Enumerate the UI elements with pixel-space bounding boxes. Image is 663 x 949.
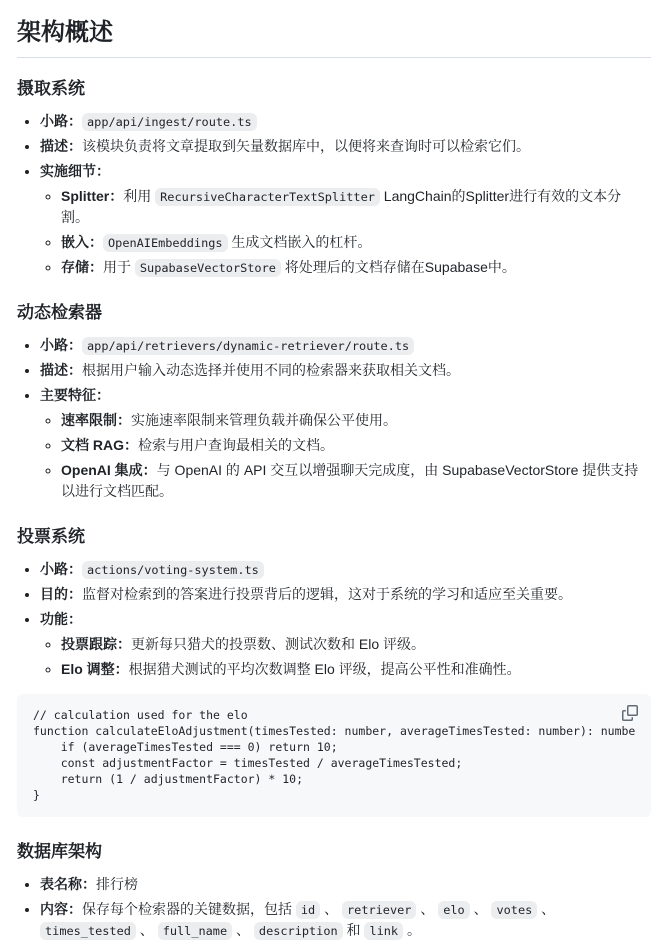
page-title: 架构概述 xyxy=(17,18,651,58)
bullet-label: Elo 调整： xyxy=(61,661,129,677)
database-bullet-list: 表名称：排行榜内容：保存每个检索器的关键数据，包括 id 、 retriever… xyxy=(17,874,651,941)
inline-code: times_tested xyxy=(40,922,136,940)
section-heading-voting: 投票系统 xyxy=(17,522,651,547)
bullet-text: 、 xyxy=(136,922,158,938)
sub-list-item: 文档 RAG：检索与用户查询最相关的文档。 xyxy=(61,435,645,456)
inline-code: actions/voting-system.ts xyxy=(82,561,264,579)
bullet-label: 内容： xyxy=(40,901,82,917)
list-item: 小路：app/api/retrievers/dynamic-retriever/… xyxy=(40,335,651,356)
inline-code: id xyxy=(296,901,320,919)
list-item: 功能：投票跟踪：更新每只猎犬的投票数、测试次数和 Elo 评级。Elo 调整：根… xyxy=(40,609,651,680)
inline-code: app/api/ingest/route.ts xyxy=(82,113,257,131)
bullet-label: 主要特征： xyxy=(40,387,110,403)
bullet-label: 功能： xyxy=(40,611,82,627)
list-item: 小路：actions/voting-system.ts xyxy=(40,559,651,580)
sub-list-item: 速率限制：实施速率限制来管理负载并确保公平使用。 xyxy=(61,410,645,431)
bullet-label: 描述： xyxy=(40,362,82,378)
inline-code: retriever xyxy=(342,901,416,919)
list-item: 主要特征：速率限制：实施速率限制来管理负载并确保公平使用。文档 RAG：检索与用… xyxy=(40,385,651,502)
inline-code: full_name xyxy=(158,922,232,940)
copy-code-button[interactable] xyxy=(619,702,641,724)
bullet-text: 更新每只猎犬的投票数、测试次数和 Elo 评级。 xyxy=(131,636,425,652)
bullet-text: 用于 xyxy=(103,259,135,275)
bullet-text: 排行榜 xyxy=(96,876,138,892)
copy-icon xyxy=(622,705,638,721)
bullet-text: 、 xyxy=(320,901,342,917)
bullet-label: 文档 RAG： xyxy=(61,437,138,453)
inline-code: RecursiveCharacterTextSplitter xyxy=(155,188,380,206)
list-item: 小路：app/api/ingest/route.ts xyxy=(40,111,651,132)
voting-bullet-list: 小路：actions/voting-system.ts目的：监督对检索到的答案进… xyxy=(17,559,651,680)
bullet-text: 、 xyxy=(416,901,438,917)
bullet-label: 实施细节： xyxy=(40,163,110,179)
bullet-text: 实施速率限制来管理负载并确保公平使用。 xyxy=(131,412,397,428)
retriever-bullet-list: 小路：app/api/retrievers/dynamic-retriever/… xyxy=(17,335,651,502)
bullet-label: 小路： xyxy=(40,113,82,129)
bullet-label: 存储： xyxy=(61,259,103,275)
inline-code: app/api/retrievers/dynamic-retriever/rou… xyxy=(82,337,414,355)
sub-list-item: OpenAI 集成：与 OpenAI 的 API 交互以增强聊天完成度，由 Su… xyxy=(61,460,645,502)
code-content: // calculation used for the elo function… xyxy=(33,707,635,804)
bullet-text: 、 xyxy=(470,901,492,917)
bullet-text: 利用 xyxy=(123,188,155,204)
section-voting-system: 投票系统 小路：actions/voting-system.ts目的：监督对检索… xyxy=(17,522,651,817)
sub-list: 速率限制：实施速率限制来管理负载并确保公平使用。文档 RAG：检索与用户查询最相… xyxy=(40,410,645,502)
bullet-text: 根据用户输入动态选择并使用不同的检索器来获取相关文档。 xyxy=(82,362,460,378)
section-heading-database: 数据库架构 xyxy=(17,837,651,862)
bullet-text: 该模块负责将文章提取到矢量数据库中，以便将来查询时可以检索它们。 xyxy=(82,138,530,154)
section-database-schema: 数据库架构 表名称：排行榜内容：保存每个检索器的关键数据，包括 id 、 ret… xyxy=(17,837,651,941)
bullet-text: 监督对检索到的答案进行投票背后的逻辑，这对于系统的学习和适应至关重要。 xyxy=(82,586,572,602)
ingest-bullet-list: 小路：app/api/ingest/route.ts描述：该模块负责将文章提取到… xyxy=(17,111,651,278)
bullet-text: 、 xyxy=(232,922,254,938)
sub-list-item: 投票跟踪：更新每只猎犬的投票数、测试次数和 Elo 评级。 xyxy=(61,634,645,655)
list-item: 描述：该模块负责将文章提取到矢量数据库中，以便将来查询时可以检索它们。 xyxy=(40,136,651,157)
bullet-text: 、 xyxy=(537,901,555,917)
inline-code: link xyxy=(364,922,403,940)
inline-code: OpenAIEmbeddings xyxy=(103,234,228,252)
inline-code: votes xyxy=(491,901,537,919)
list-item: 实施细节：Splitter：利用 RecursiveCharacterTextS… xyxy=(40,161,651,278)
bullet-label: 小路： xyxy=(40,561,82,577)
bullet-text: 和 xyxy=(343,922,365,938)
bullet-text: 。 xyxy=(403,922,421,938)
bullet-label: 小路： xyxy=(40,337,82,353)
bullet-label: Splitter： xyxy=(61,188,123,204)
sub-list-item: Elo 调整：根据猎犬测试的平均次数调整 Elo 评级，提高公平性和准确性。 xyxy=(61,659,645,680)
bullet-text: 将处理后的文档存储在Supabase中。 xyxy=(281,259,516,275)
bullet-text: 生成文档嵌入的杠杆。 xyxy=(228,234,372,250)
sub-list-item: 存储：用于 SupabaseVectorStore 将处理后的文档存储在Supa… xyxy=(61,257,645,278)
bullet-label: 速率限制： xyxy=(61,412,131,428)
bullet-label: 嵌入： xyxy=(61,234,103,250)
list-item: 描述：根据用户输入动态选择并使用不同的检索器来获取相关文档。 xyxy=(40,360,651,381)
bullet-label: 描述： xyxy=(40,138,82,154)
elo-code-block: // calculation used for the elo function… xyxy=(17,694,651,817)
bullet-label: OpenAI 集成： xyxy=(61,462,157,478)
bullet-text: 保存每个检索器的关键数据，包括 xyxy=(82,901,296,917)
sub-list: Splitter：利用 RecursiveCharacterTextSplitt… xyxy=(40,186,645,278)
list-item: 表名称：排行榜 xyxy=(40,874,651,895)
document-page: 架构概述 摄取系统 小路：app/api/ingest/route.ts描述：该… xyxy=(0,0,663,949)
bullet-label: 表名称： xyxy=(40,876,96,892)
inline-code: elo xyxy=(438,901,469,919)
bullet-text: 检索与用户查询最相关的文档。 xyxy=(138,437,334,453)
bullet-label: 目的： xyxy=(40,586,82,602)
section-heading-ingest: 摄取系统 xyxy=(17,74,651,99)
bullet-text: 根据猎犬测试的平均次数调整 Elo 评级，提高公平性和准确性。 xyxy=(129,661,521,677)
bullet-label: 投票跟踪： xyxy=(61,636,131,652)
list-item: 内容：保存每个检索器的关键数据，包括 id 、 retriever 、 elo … xyxy=(40,899,651,941)
section-heading-retriever: 动态检索器 xyxy=(17,298,651,323)
section-ingest-system: 摄取系统 小路：app/api/ingest/route.ts描述：该模块负责将… xyxy=(17,74,651,278)
inline-code: SupabaseVectorStore xyxy=(135,259,281,277)
section-dynamic-retriever: 动态检索器 小路：app/api/retrievers/dynamic-retr… xyxy=(17,298,651,502)
list-item: 目的：监督对检索到的答案进行投票背后的逻辑，这对于系统的学习和适应至关重要。 xyxy=(40,584,651,605)
sub-list-item: Splitter：利用 RecursiveCharacterTextSplitt… xyxy=(61,186,645,228)
sub-list: 投票跟踪：更新每只猎犬的投票数、测试次数和 Elo 评级。Elo 调整：根据猎犬… xyxy=(40,634,645,680)
inline-code: description xyxy=(254,922,343,940)
sub-list-item: 嵌入：OpenAIEmbeddings 生成文档嵌入的杠杆。 xyxy=(61,232,645,253)
